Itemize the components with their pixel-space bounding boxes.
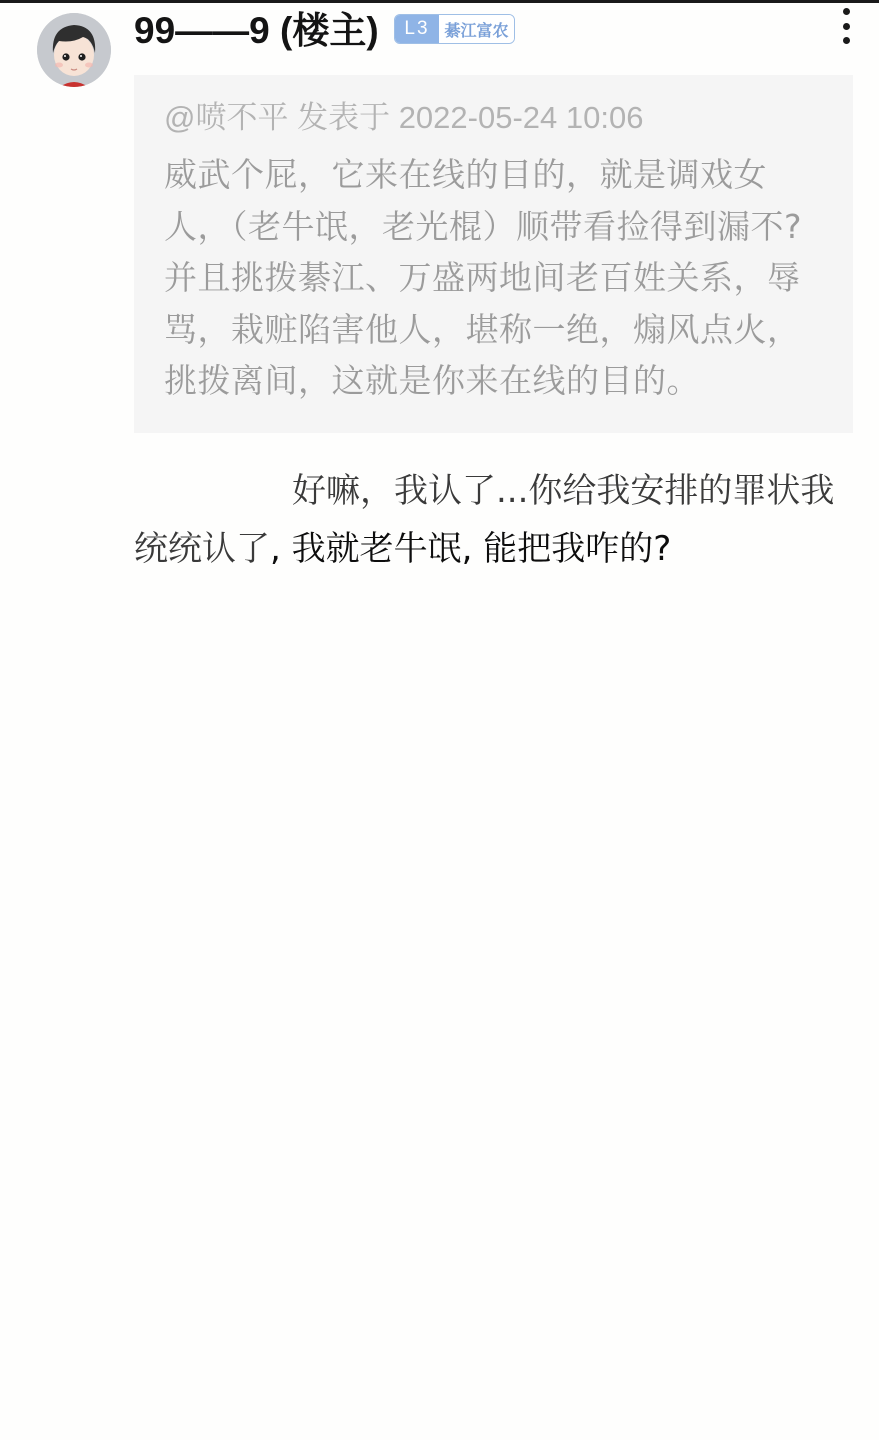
user-level-badge: L3 綦江富农 (394, 14, 515, 44)
reply-part-2: , 我就老牛氓, 能把我咋的? (270, 529, 671, 569)
avatar[interactable] (37, 13, 111, 87)
more-options-button[interactable] (836, 8, 856, 44)
cartoon-avatar-icon (37, 13, 111, 87)
vertical-ellipsis-icon-dot (843, 8, 850, 15)
quote-body: 威武个屁，它来在线的目的，就是调戏女人，（老牛氓，老光棍）顺带看捡得到漏不? 并… (164, 149, 829, 407)
vertical-ellipsis-icon-dot (843, 23, 850, 30)
top-edge-bar (0, 0, 879, 3)
badge-title: 綦江富农 (439, 15, 514, 43)
quoted-post: @喷不平 发表于 2022-05-24 10:06 威武个屁，它来在线的目的，就… (134, 75, 853, 433)
author-name[interactable]: 99——9 (楼主) (134, 8, 379, 54)
badge-level: L3 (395, 15, 439, 43)
vertical-ellipsis-icon-dot (843, 37, 850, 44)
reply-text: 好嘛，我认了...你给我安排的罪状我统统认了, 我就老牛氓, 能把我咋的? (134, 462, 864, 578)
quote-meta: @喷不平 发表于 2022-05-24 10:06 (164, 95, 823, 141)
